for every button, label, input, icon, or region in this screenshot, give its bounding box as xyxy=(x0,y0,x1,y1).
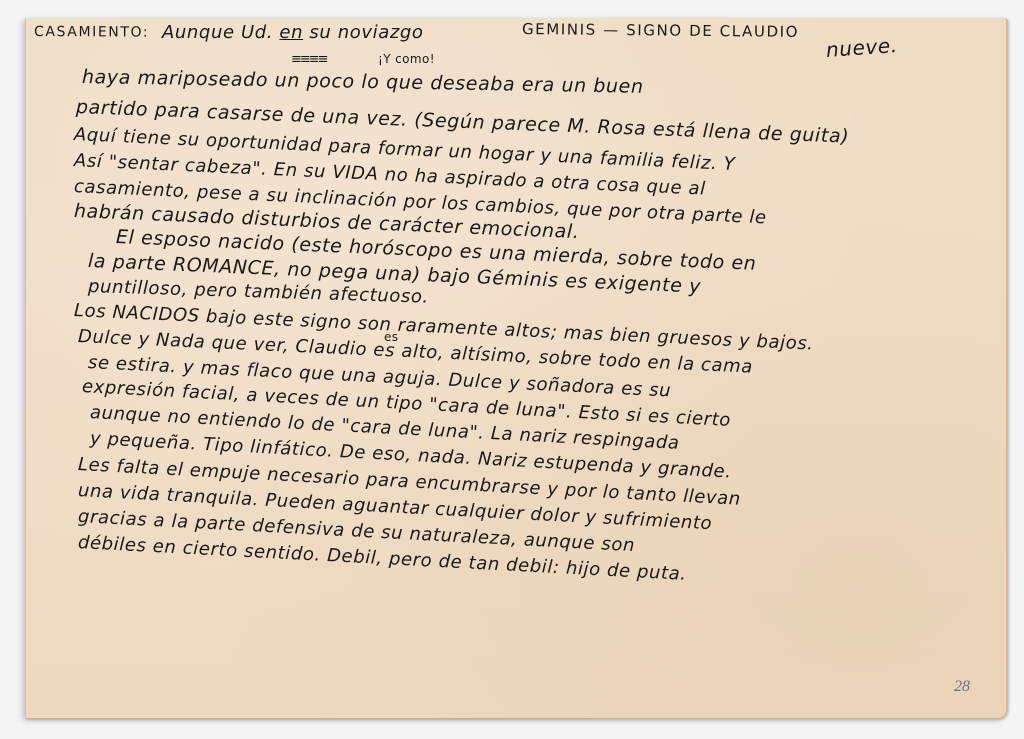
crossed-out-scribble: ≡≡≡≡ xyxy=(291,52,327,67)
text-line-1: Aunque Ud. en su noviazgo xyxy=(162,22,424,43)
annotation-nueve: nueve. xyxy=(825,33,898,62)
text-line-2: haya mariposeado un poco lo que deseaba … xyxy=(82,66,644,98)
page-number: 28 xyxy=(954,678,970,696)
insertion-y-como: ¡Y como! xyxy=(378,52,435,66)
header-sign-title: GEMINIS — SIGNO DE CLAUDIO xyxy=(522,20,799,41)
page-background: CASAMIENTO: Aunque Ud. en su noviazgo GE… xyxy=(0,0,1024,739)
insertion-es: es xyxy=(384,330,398,344)
header-label: CASAMIENTO: xyxy=(34,24,149,41)
manuscript-sheet: CASAMIENTO: Aunque Ud. en su noviazgo GE… xyxy=(25,18,1008,719)
line-1-text: Aunque Ud. en su noviazgo xyxy=(162,22,424,43)
